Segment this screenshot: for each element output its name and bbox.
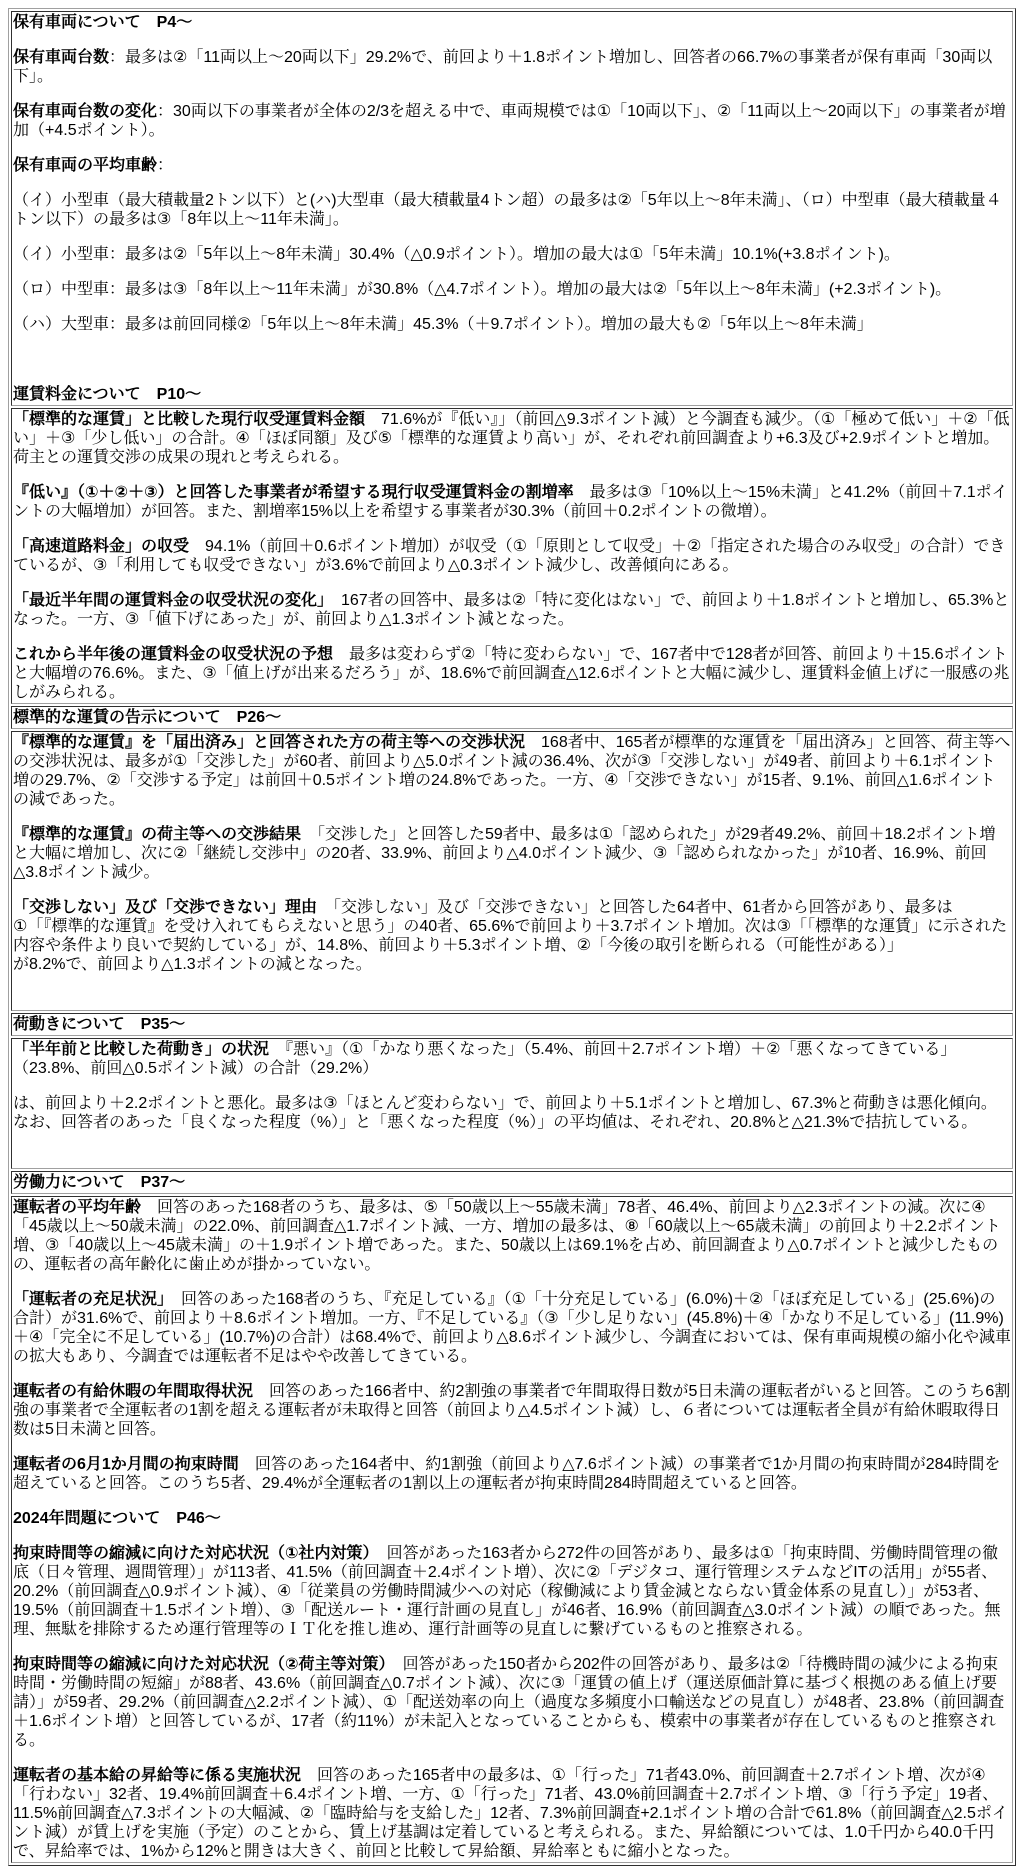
section-cell-fares: 「標準的な運賃」と比較した現行収受運賃料金額 71.6%が『低い』」（前回△9.… — [11, 408, 1013, 704]
heading-text: 2024年問題について P46～ — [13, 1510, 221, 1527]
paragraph-shipper-measures: 拘束時間等の縮減に向けた対応状況（②荷主等対策） 回答があった150者から202… — [13, 1655, 1011, 1750]
heading-text: 保有車両について P4～ — [13, 14, 192, 31]
section-heading-2024-problem: 2024年問題について P46～ — [13, 1509, 1011, 1528]
table-row: 「標準的な運賃」と比較した現行収受運賃料金額 71.6%が『低い』」（前回△9.… — [11, 408, 1013, 704]
paragraph-label: 運転者の有給休暇の年間取得状況 — [13, 1383, 253, 1400]
paragraph-label: 「最近半年間の運賃料金の収受状況の変化」 — [13, 592, 325, 609]
paragraph-no-negotiation-reason: 「交渉しない」及び「交渉できない」理由 「交渉しない」及び「交渉できない」と回答… — [13, 898, 1011, 974]
section-heading-cell-cargo: 荷動きについて P35～ — [11, 1013, 1013, 1036]
paragraph-text: ： — [157, 157, 173, 174]
paragraph-paid-leave: 運転者の有給休暇の年間取得状況 回答のあった166者中、約2割強の事業者で年間取… — [13, 1382, 1011, 1439]
section-heading-cell-standard-fare: 標準的な運賃の告示について P26～ — [11, 706, 1013, 729]
table-row: 荷動きについて P35～ — [11, 1013, 1013, 1036]
paragraph-text: （ハ）大型車：最多は前回同様②「5年以上～8年未満」45.3%（＋9.7ポイント… — [13, 316, 873, 333]
paragraph-cargo-vs-half-year: 「半年前と比較した荷動き」の状況 『悪い』（①「かなり悪くなった」（5.4%、前… — [13, 1040, 1011, 1078]
blank-line — [13, 1148, 1011, 1167]
section-cell-standard-fare: 『標準的な運賃』を「届出済み」と回答された方の荷主等への交渉状況 168者中、1… — [11, 731, 1013, 1011]
table-row: 保有車両について P4～ 保有車両台数：最多は②「11両以上～20両以下」29.… — [11, 11, 1013, 406]
paragraph-label: 『標準的な運賃』の荷主等への交渉結果 — [13, 826, 301, 843]
table-row: 運転者の平均年齢 回答のあった168者のうち、最多は、⑤「50歳以上～55歳未満… — [11, 1196, 1013, 1863]
paragraph-label: 『低い』（①＋②＋③）と回答した事業者が希望する現行収受運賃料金の割増率 — [13, 484, 574, 501]
paragraph-negotiation-result: 『標準的な運賃』の荷主等への交渉結果 「交渉した」と回答した59者中、最多は①「… — [13, 825, 1011, 882]
paragraph-label: 「交渉しない」及び「交渉できない」理由 — [13, 899, 317, 916]
blank-line — [13, 350, 1011, 369]
table-row: 標準的な運賃の告示について P26～ — [11, 706, 1013, 729]
paragraph-small-vehicle: （イ）小型車：最多は②「5年以上～8年未満」30.4%（△0.9ポイント）。増加… — [13, 245, 1011, 264]
heading-text: 運賃料金について P10～ — [13, 386, 201, 403]
paragraph-desired-markup: 『低い』（①＋②＋③）と回答した事業者が希望する現行収受運賃料金の割増率 最多は… — [13, 483, 1011, 521]
paragraph-label: 「標準的な運賃」と比較した現行収受運賃料金額 — [13, 411, 365, 428]
paragraph-text: 回答のあった168者のうち、最多は、⑤「50歳以上～55歳未満」78者、46.4… — [13, 1199, 1001, 1273]
paragraph-label: 「運転者の充足状況」 — [13, 1291, 165, 1308]
paragraph-vehicle-average-age: 保有車両の平均車齢： — [13, 156, 1011, 175]
section-heading-standard-fare: 標準的な運賃の告示について P26～ — [13, 708, 1011, 727]
paragraph-label: 運転者の基本給の昇給等に係る実施状況 — [13, 1767, 301, 1784]
paragraph-negotiation-status: 『標準的な運賃』を「届出済み」と回答された方の荷主等への交渉状況 168者中、1… — [13, 733, 1011, 809]
survey-summary-table: 保有車両について P4～ 保有車両台数：最多は②「11両以上～20両以下」29.… — [8, 8, 1016, 1866]
paragraph-vehicle-count: 保有車両台数：最多は②「11両以上～20両以下」29.2%で、前回より＋1.8ポ… — [13, 48, 1011, 86]
section-heading-cell-labor: 労働力について P37～ — [11, 1171, 1013, 1194]
paragraph-driver-sufficiency: 「運転者の充足状況」 回答のあった168者のうち、『充足している』（①「十分充足… — [13, 1290, 1011, 1366]
table-row: 『標準的な運賃』を「届出済み」と回答された方の荷主等への交渉状況 168者中、1… — [11, 731, 1013, 1011]
paragraph-fare-vs-standard: 「標準的な運賃」と比較した現行収受運賃料金額 71.6%が『低い』」（前回△9.… — [13, 410, 1011, 467]
paragraph-text: （イ）小型車（最大積載量2トン以下）と(ハ)大型車（最大積載量4トン超）の最多は… — [13, 192, 1002, 228]
paragraph-base-pay-raise: 運転者の基本給の昇給等に係る実施状況 回答のあった165者中の最多は、①「行った… — [13, 1766, 1011, 1861]
table-row: 労働力について P37～ — [11, 1171, 1013, 1194]
section-cell-vehicles: 保有車両について P4～ 保有車両台数：最多は②「11両以上～20両以下」29.… — [11, 11, 1013, 406]
paragraph-text: ：30両以下の事業者が全体の2/3を超える中で、車両規模では①「10両以下」、②… — [13, 103, 1006, 139]
paragraph-medium-vehicle: （ロ）中型車：最多は③「8年以上～11年未満」が30.8%（△4.7ポイント）。… — [13, 280, 1011, 299]
paragraph-label: 『標準的な運賃』を「届出済み」と回答された方の荷主等への交渉状況 — [13, 734, 525, 751]
paragraph-vehicle-count-change: 保有車両台数の変化：30両以下の事業者が全体の2/3を超える中で、車両規模では①… — [13, 102, 1011, 140]
blank-line — [13, 990, 1011, 1009]
section-cell-labor: 運転者の平均年齢 回答のあった168者のうち、最多は、⑤「50歳以上～55歳未満… — [11, 1196, 1013, 1863]
section-heading-fares: 運賃料金について P10～ — [13, 385, 1011, 404]
paragraph-text: ：最多は②「11両以上～20両以下」29.2%で、前回より＋1.8ポイント増加し… — [13, 49, 992, 85]
paragraph-label: これから半年後の運賃料金の収受状況の予想 — [13, 646, 333, 663]
paragraph-driver-average-age: 運転者の平均年齢 回答のあった168者のうち、最多は、⑤「50歳以上～55歳未満… — [13, 1198, 1011, 1274]
paragraph-recent-fare-change: 「最近半年間の運賃料金の収受状況の変化」 167者の回答中、最多は②「特に変化は… — [13, 591, 1011, 629]
paragraph-label: 運転者の6月1か月間の拘束時間 — [13, 1456, 239, 1473]
paragraph-label: 運転者の平均年齢 — [13, 1199, 141, 1216]
paragraph-label: 拘束時間等の縮減に向けた対応状況（①社内対策） — [13, 1545, 371, 1562]
paragraph-label: 保有車両台数の変化 — [13, 103, 157, 120]
paragraph-highway-tolls: 「高速道路料金」の収受 94.1%（前回＋0.6ポイント増加）が収受（①「原則と… — [13, 537, 1011, 575]
heading-text: 労働力について P37～ — [13, 1174, 185, 1191]
paragraph-vehicle-size-summary: （イ）小型車（最大積載量2トン以下）と(ハ)大型車（最大積載量4トン超）の最多は… — [13, 191, 1011, 229]
paragraph-large-vehicle: （ハ）大型車：最多は前回同様②「5年以上～8年未満」45.3%（＋9.7ポイント… — [13, 315, 1011, 334]
paragraph-binding-hours: 運転者の6月1か月間の拘束時間 回答のあった164者中、約1割強（前回より△7.… — [13, 1455, 1011, 1493]
paragraph-label: 「半年前と比較した荷動き」の状況 — [13, 1041, 269, 1058]
paragraph-label: 拘束時間等の縮減に向けた対応状況（②荷主等対策） — [13, 1656, 387, 1673]
paragraph-fare-forecast: これから半年後の運賃料金の収受状況の予想 最多は変わらず②「特に変わらない」で、… — [13, 645, 1011, 702]
paragraph-internal-measures: 拘束時間等の縮減に向けた対応状況（①社内対策） 回答があった163者から272件… — [13, 1544, 1011, 1639]
section-heading-cargo: 荷動きについて P35～ — [13, 1015, 1011, 1034]
paragraph-text: （ロ）中型車：最多は③「8年以上～11年未満」が30.8%（△4.7ポイント）。… — [13, 281, 951, 298]
heading-text: 荷動きについて P35～ — [13, 1016, 185, 1033]
paragraph-label: 「高速道路料金」の収受 — [13, 538, 189, 555]
paragraph-text: は、前回より＋2.2ポイントと悪化。最多は③「ほとんど変わらない」で、前回より＋… — [13, 1095, 997, 1131]
section-heading-labor: 労働力について P37～ — [13, 1173, 1011, 1192]
table-row: 「半年前と比較した荷動き」の状況 『悪い』（①「かなり悪くなった」（5.4%、前… — [11, 1038, 1013, 1169]
paragraph-label: 保有車両台数 — [13, 49, 109, 66]
paragraph-text: （イ）小型車：最多は②「5年以上～8年未満」30.4%（△0.9ポイント）。増加… — [13, 246, 900, 263]
section-heading-vehicles: 保有車両について P4～ — [13, 13, 1011, 32]
heading-text: 標準的な運賃の告示について P26～ — [13, 709, 281, 726]
section-cell-cargo: 「半年前と比較した荷動き」の状況 『悪い』（①「かなり悪くなった」（5.4%、前… — [11, 1038, 1013, 1169]
paragraph-cargo-trend: は、前回より＋2.2ポイントと悪化。最多は③「ほとんど変わらない」で、前回より＋… — [13, 1094, 1011, 1132]
paragraph-label: 保有車両の平均車齢 — [13, 157, 157, 174]
